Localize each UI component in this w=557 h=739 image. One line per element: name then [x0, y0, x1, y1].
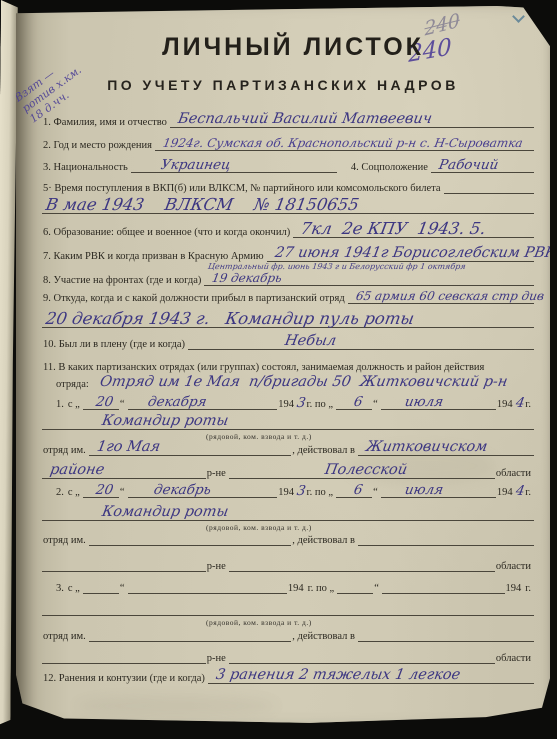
otryada-label: отряда:: [42, 379, 92, 390]
service2-to-day-field: 6: [336, 483, 372, 498]
otryada-value: Отряд им 1е Мая п/бригады 50 Житковичски…: [90, 375, 508, 390]
oblasti-label: области: [495, 653, 534, 664]
form-title: ЛИЧНЫЙ ЛИСТОК: [56, 33, 530, 62]
service1-to-day-field: 6: [336, 395, 372, 410]
field-fronts-field: Центральный фр. июнь 1943 г и Белорусски…: [204, 272, 534, 286]
field-origin-label: 9. Откуда, когда и с какой должности при…: [42, 293, 348, 304]
field-social-value: Рабочий: [430, 158, 500, 172]
service1-to-month-field: июля: [381, 395, 496, 410]
service2-raion-field: [42, 560, 206, 572]
service3-dates-row: 3. с „ “ 194 г. по „ “ 194 г.: [42, 576, 534, 594]
field-units-label-row: 11. В каких партизанских отрядах (или гр…: [42, 355, 534, 373]
rne-label: р-не: [206, 653, 229, 664]
oblasti-label: области: [495, 561, 534, 572]
field-wounds-value: 3 ранения 2 тяжелых 1 легкое: [207, 668, 462, 683]
field-birth-field: 1924г. Сумская об. Краснопольский р-н с.…: [155, 137, 534, 151]
service2-index: 2.: [42, 487, 67, 498]
deistvoval-label: , действовал в: [291, 631, 358, 642]
gpo-label: г. по „: [307, 583, 338, 594]
service1-oblast: Полесской: [227, 463, 408, 478]
service1-position: Командир роты: [41, 414, 230, 429]
year-prefix-label: 194: [505, 583, 525, 594]
otryad-im-label: отряд им.: [42, 535, 89, 546]
otryad-im-label: отряд им.: [42, 445, 89, 456]
field-wounds-label: 12. Ранения и контузии (где и когда): [42, 673, 208, 684]
field-nationality-field: Украинец: [131, 158, 337, 173]
field-units-otryada-row: отряда: Отряд им 1е Мая п/бригады 50 Жит…: [42, 372, 534, 390]
field-origin-field2: 20 декабря 1943 г. Командир пуль роты: [42, 310, 534, 328]
service2-dates-row: 2. с „ 20 “ декабрь 194 3 г. по „ 6 “ ию…: [42, 480, 534, 498]
service1-position-field: Командир роты: [42, 414, 534, 430]
service3-to-month-field: [382, 582, 505, 594]
service2-to-month: июля: [380, 483, 445, 497]
service1-otryad: 1го Мая: [87, 440, 161, 455]
field-social-label: 4. Соцположение: [337, 162, 431, 173]
form-subtitle: ПО УЧЕТУ ПАРТИЗАНСКИХ НАДРОВ: [46, 77, 520, 93]
paper-stain: [76, 696, 276, 716]
field-nationality-value: Украинец: [130, 158, 232, 172]
year-prefix-label: 194: [496, 399, 516, 410]
field-birth-value: 1924г. Сумская об. Краснопольский р-н с.…: [154, 137, 524, 150]
field-captivity-label: 10. Был ли в плену (где и когда): [42, 339, 188, 350]
service3-otryad-field: [89, 630, 292, 642]
service3-raion-field: [42, 652, 206, 664]
field-rvk-row: 7. Каким РВК и когда призван в Красную А…: [42, 244, 534, 262]
service2-to-year-digit: 4: [514, 484, 525, 498]
service2-position: Командир роты: [41, 505, 230, 520]
field-origin-value2: 20 декабря 1943 г. Командир пуль роты: [40, 310, 415, 327]
field-rvk-label: 7. Каким РВК и когда призван в Красную А…: [42, 251, 267, 262]
service2-from-day: 20: [87, 483, 115, 497]
quote-label: “: [119, 583, 128, 594]
field-birth-row: 2. Год и место рождения 1924г. Сумская о…: [42, 133, 534, 151]
field-wounds-field: 3 ранения 2 тяжелых 1 легкое: [208, 668, 534, 684]
service3-from-month-field: [128, 582, 287, 594]
field-nationality-label: 3. Национальность: [42, 162, 131, 173]
field-rvk-value: 27 июня 1941г Борисоглебским РВК: [265, 246, 557, 261]
underlying-page-edge: [0, 0, 18, 727]
service2-position-row: Командир роты: [42, 503, 534, 521]
g-label: г.: [524, 583, 534, 594]
service3-to-day-field: [337, 582, 373, 594]
field-captivity-field: Небыл: [188, 334, 534, 350]
field-fronts-note: Центральный фр. июнь 1943 г и Белорусски…: [208, 262, 467, 271]
field-fronts-row: 8. Участие на фронтах (где и когда) Цент…: [42, 268, 534, 286]
date-open-label: с „: [67, 583, 83, 594]
field-fronts-value: 19 декабрь: [203, 272, 283, 285]
service1-to-day: 6: [345, 395, 364, 409]
service1-deistvoval: Житковичском: [357, 440, 489, 455]
g-label: г.: [524, 487, 534, 498]
service1-raion-row: районе р-не Полесской области: [42, 461, 534, 479]
service2-to-month-field: июля: [381, 483, 496, 498]
deistvoval-label: , действовал в: [291, 535, 358, 546]
service2-otryad-field: [89, 534, 292, 546]
gpo-label: г. по „: [306, 399, 337, 410]
field-wounds-row: 12. Ранения и контузии (где и когда) 3 р…: [42, 666, 534, 684]
field-captivity-row: 10. Был ли в плену (где и когда) Небыл: [42, 332, 534, 350]
service3-from-day-field: [83, 582, 119, 594]
service1-oblast-field: Полесской: [229, 463, 495, 479]
scanned-document-scene: Взят — ротив х.км. 18 д.чч. 240 240 ЛИЧН…: [0, 0, 557, 739]
date-open-label: с „: [67, 399, 83, 410]
otryada-field: Отряд им 1е Мая п/бригады 50 Житковичски…: [92, 375, 534, 390]
field-name-field: Беспальчий Василий Матвеевич: [170, 112, 534, 128]
service3-deistvoval-field: [358, 630, 534, 642]
service1-otryad-row: отряд им. 1го Мая , действовал в Житкови…: [42, 438, 534, 456]
g-label: г.: [524, 399, 534, 410]
service1-from-day-field: 20: [83, 395, 119, 410]
check-mark: [512, 10, 525, 23]
service3-index: 3.: [42, 583, 67, 594]
field-party-field: В мае 1943 ВЛКСМ № 18150655: [42, 196, 534, 214]
year-prefix-label: 194: [496, 487, 516, 498]
field-birth-label: 2. Год и место рождения: [42, 140, 155, 151]
service1-deistvoval-field: Житковичском: [358, 440, 534, 456]
field-fronts-label: 8. Участие на фронтах (где и когда): [42, 275, 204, 286]
service2-from-month: декабрь: [126, 483, 211, 497]
field-rvk-field: 27 июня 1941г Борисоглебским РВК: [267, 246, 534, 262]
year-prefix-label: 194: [277, 487, 297, 498]
field-education-label: 6. Образование: общее и военное (что и к…: [42, 227, 293, 238]
service1-otryad-field: 1го Мая: [89, 440, 292, 456]
service1-raion: районе: [41, 463, 106, 478]
service3-otryad-row: отряд им. , действовал в: [42, 624, 534, 642]
service1-position-row: Командир роты: [42, 412, 534, 430]
field-origin-field: 65 армия 60 севская стр див: [348, 290, 534, 304]
service2-position-field: Командир роты: [42, 505, 534, 521]
field-origin-value: 65 армия 60 севская стр див: [347, 290, 545, 303]
field-name-value: Беспальчий Василий Матвеевич: [169, 112, 433, 127]
field-nationality-row: 3. Национальность Украинец 4. Соцположен…: [42, 155, 534, 173]
service1-from-month: декабря: [126, 395, 207, 409]
service1-index: 1.: [42, 399, 67, 410]
field-education-field: 7кл 2е КПУ 1943. 5.: [293, 220, 534, 238]
service2-raion-row: р-не области: [42, 554, 534, 572]
field-origin-row2: 20 декабря 1943 г. Командир пуль роты: [42, 306, 534, 328]
year-prefix-label: 194: [277, 399, 297, 410]
service3-position-field: [42, 604, 534, 616]
rne-label: р-не: [206, 468, 229, 479]
service1-from-day: 20: [87, 395, 115, 409]
deistvoval-label: , действовал в: [291, 445, 358, 456]
service2-from-day-field: 20: [83, 483, 119, 498]
service3-oblast-field: [229, 652, 495, 664]
otryad-im-label: отряд им.: [42, 631, 89, 642]
field-origin-row: 9. Откуда, когда и с какой должности при…: [42, 286, 534, 304]
year-prefix-label: 194: [287, 583, 307, 594]
service2-oblast-field: [229, 560, 495, 572]
service1-raion-field: районе: [42, 463, 206, 479]
field-party-value-row: В мае 1943 ВЛКСМ № 18150655: [42, 190, 534, 214]
form-page: Взят — ротив х.км. 18 д.чч. 240 240 ЛИЧН…: [16, 6, 550, 725]
field-social-field: Рабочий: [431, 158, 534, 173]
service1-to-month: июля: [380, 395, 445, 409]
oblasti-label: области: [495, 468, 534, 479]
service1-from-month-field: декабря: [128, 395, 278, 410]
service2-otryad-row: отряд им. , действовал в: [42, 528, 534, 546]
service2-to-day: 6: [345, 483, 364, 497]
field-name-row: 1. Фамилия, имя и отчество Беспальчий Ва…: [42, 110, 534, 128]
field-party-value: В мае 1943 ВЛКСМ № 18150655: [40, 196, 360, 213]
field-name-label: 1. Фамилия, имя и отчество: [42, 117, 170, 128]
service1-dates-row: 1. с „ 20 “ декабря 194 3 г. по „ 6 “ ию…: [42, 392, 534, 410]
field-education-row: 6. Образование: общее и военное (что и к…: [42, 220, 534, 238]
rne-label: р-не: [206, 561, 229, 572]
gpo-label: г. по „: [306, 487, 337, 498]
date-open-label: с „: [67, 487, 83, 498]
service1-to-year-digit: 4: [514, 396, 525, 410]
service2-from-month-field: декабрь: [128, 483, 278, 498]
service3-position-row: [42, 598, 534, 616]
field-captivity-value: Небыл: [187, 334, 338, 349]
field-education-value: 7кл 2е КПУ 1943. 5.: [292, 220, 488, 237]
service2-deistvoval-field: [358, 534, 534, 546]
service3-raion-row: р-не области: [42, 646, 534, 664]
quote-label: “: [373, 583, 382, 594]
